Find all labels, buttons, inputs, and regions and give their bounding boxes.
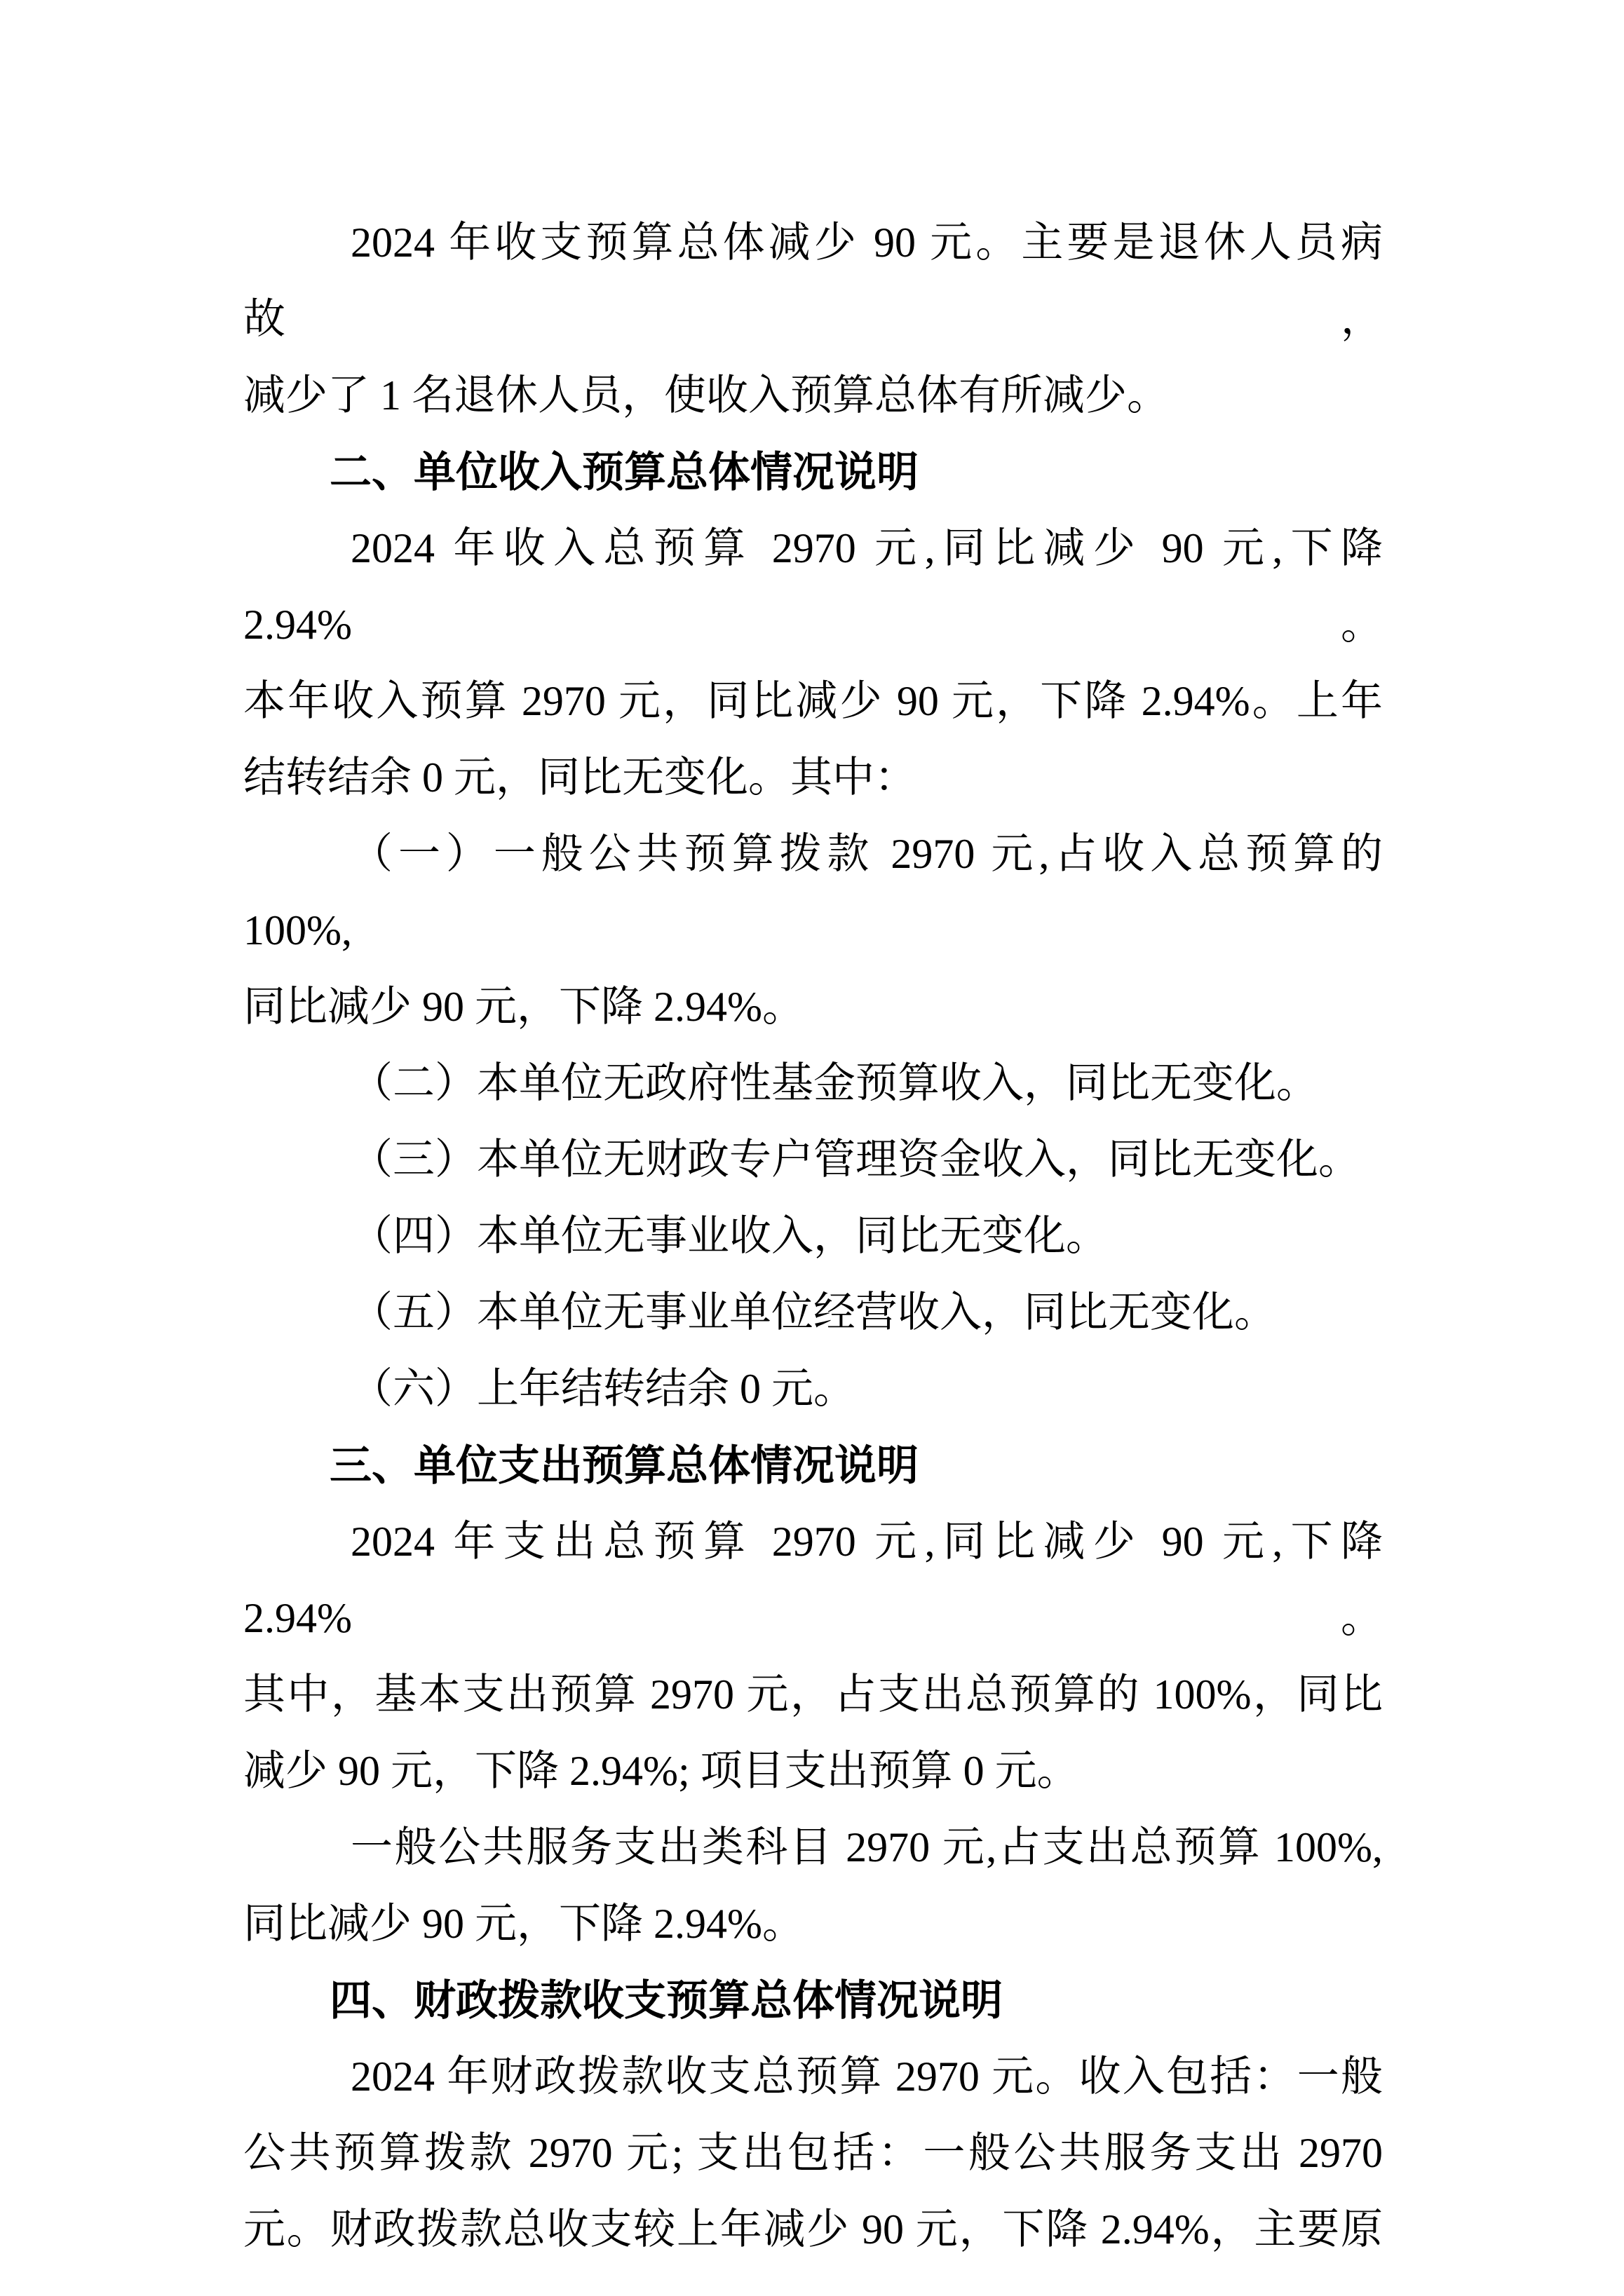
body-text-line: 一般公共服务支出类科目 2970 元,占支出总预算 100%, <box>243 1809 1383 1886</box>
body-text-line: 减少 90 元，下降 2.94%; 项目支出预算 0 元。 <box>243 1733 1383 1809</box>
body-text-line: （五）本单位无事业单位经营收入，同比无变化。 <box>243 1275 1383 1351</box>
body-paragraph: （五）本单位无事业单位经营收入，同比无变化。 <box>243 1275 1383 1351</box>
body-text-line: （六）上年结转结余 0 元。 <box>243 1351 1383 1427</box>
body-text-line: （三）本单位无财政专户管理资金收入，同比无变化。 <box>243 1122 1383 1198</box>
body-text-line: 2024 年收入总预算 2970 元,同比减少 90 元,下降 2.94%。 <box>243 510 1383 663</box>
body-text-line: 其中，基本支出预算 2970 元，占支出总预算的 100%，同比 <box>243 1657 1383 1733</box>
body-paragraph: 一般公共服务支出类科目 2970 元,占支出总预算 100%,同比减少 90 元… <box>243 1809 1383 1962</box>
heading-line: 四、财政拨款收支预算总体情况说明 <box>243 1962 1383 2039</box>
body-text-line: 同比减少 90 元，下降 2.94%。 <box>243 1886 1383 1962</box>
body-text-line: 本年收入预算 2970 元，同比减少 90 元，下降 2.94%。上年 <box>243 663 1383 740</box>
body-text-line: 2024 年财政拨款收支总预算 2970 元。收入包括：一般 <box>243 2039 1383 2115</box>
heading-paragraph: 三、单位支出预算总体情况说明 <box>243 1427 1383 1504</box>
heading-paragraph: 四、财政拨款收支预算总体情况说明 <box>243 1962 1383 2039</box>
body-paragraph: 2024 年收支预算总体减少 90 元。主要是退休人员病故，减少了 1 名退休人… <box>243 205 1383 434</box>
body-paragraph: （一）一般公共预算拨款 2970 元,占收入总预算的 100%,同比减少 90 … <box>243 816 1383 1045</box>
body-text-line: 2024 年收支预算总体减少 90 元。主要是退休人员病故， <box>243 205 1383 358</box>
body-paragraph: 2024 年收入总预算 2970 元,同比减少 90 元,下降 2.94%。本年… <box>243 510 1383 816</box>
body-text-line: （一）一般公共预算拨款 2970 元,占收入总预算的 100%, <box>243 816 1383 969</box>
body-text-line: 结转结余 0 元，同比无变化。其中： <box>243 740 1383 816</box>
body-text-line: 公共预算拨款 2970 元; 支出包括：一般公共服务支出 2970 <box>243 2115 1383 2192</box>
document-page: 2024 年收支预算总体减少 90 元。主要是退休人员病故，减少了 1 名退休人… <box>0 0 1624 2296</box>
heading-line: 三、单位支出预算总体情况说明 <box>243 1427 1383 1504</box>
body-text-line: 同比减少 90 元，下降 2.94%。 <box>243 969 1383 1045</box>
heading-paragraph: 二、单位收入预算总体情况说明 <box>243 434 1383 510</box>
body-text-line: （四）本单位无事业收入，同比无变化。 <box>243 1198 1383 1275</box>
body-paragraph: 2024 年支出总预算 2970 元,同比减少 90 元,下降 2.94%。其中… <box>243 1504 1383 1809</box>
body-text-line: 2024 年支出总预算 2970 元,同比减少 90 元,下降 2.94%。 <box>243 1504 1383 1657</box>
body-paragraph: （四）本单位无事业收入，同比无变化。 <box>243 1198 1383 1275</box>
body-text-line: 元。财政拨款总收支较上年减少 90 元，下降 2.94%，主要原 <box>243 2192 1383 2268</box>
body-paragraph: （六）上年结转结余 0 元。 <box>243 1351 1383 1427</box>
body-text-line: （二）本单位无政府性基金预算收入，同比无变化。 <box>243 1045 1383 1122</box>
body-paragraph: 2024 年财政拨款收支总预算 2970 元。收入包括：一般公共预算拨款 297… <box>243 2039 1383 2268</box>
document-text-block: 2024 年收支预算总体减少 90 元。主要是退休人员病故，减少了 1 名退休人… <box>243 205 1383 2268</box>
body-text-line: 减少了 1 名退休人员，使收入预算总体有所减少。 <box>243 358 1383 434</box>
body-paragraph: （二）本单位无政府性基金预算收入，同比无变化。 <box>243 1045 1383 1122</box>
heading-line: 二、单位收入预算总体情况说明 <box>243 434 1383 510</box>
body-paragraph: （三）本单位无财政专户管理资金收入，同比无变化。 <box>243 1122 1383 1198</box>
